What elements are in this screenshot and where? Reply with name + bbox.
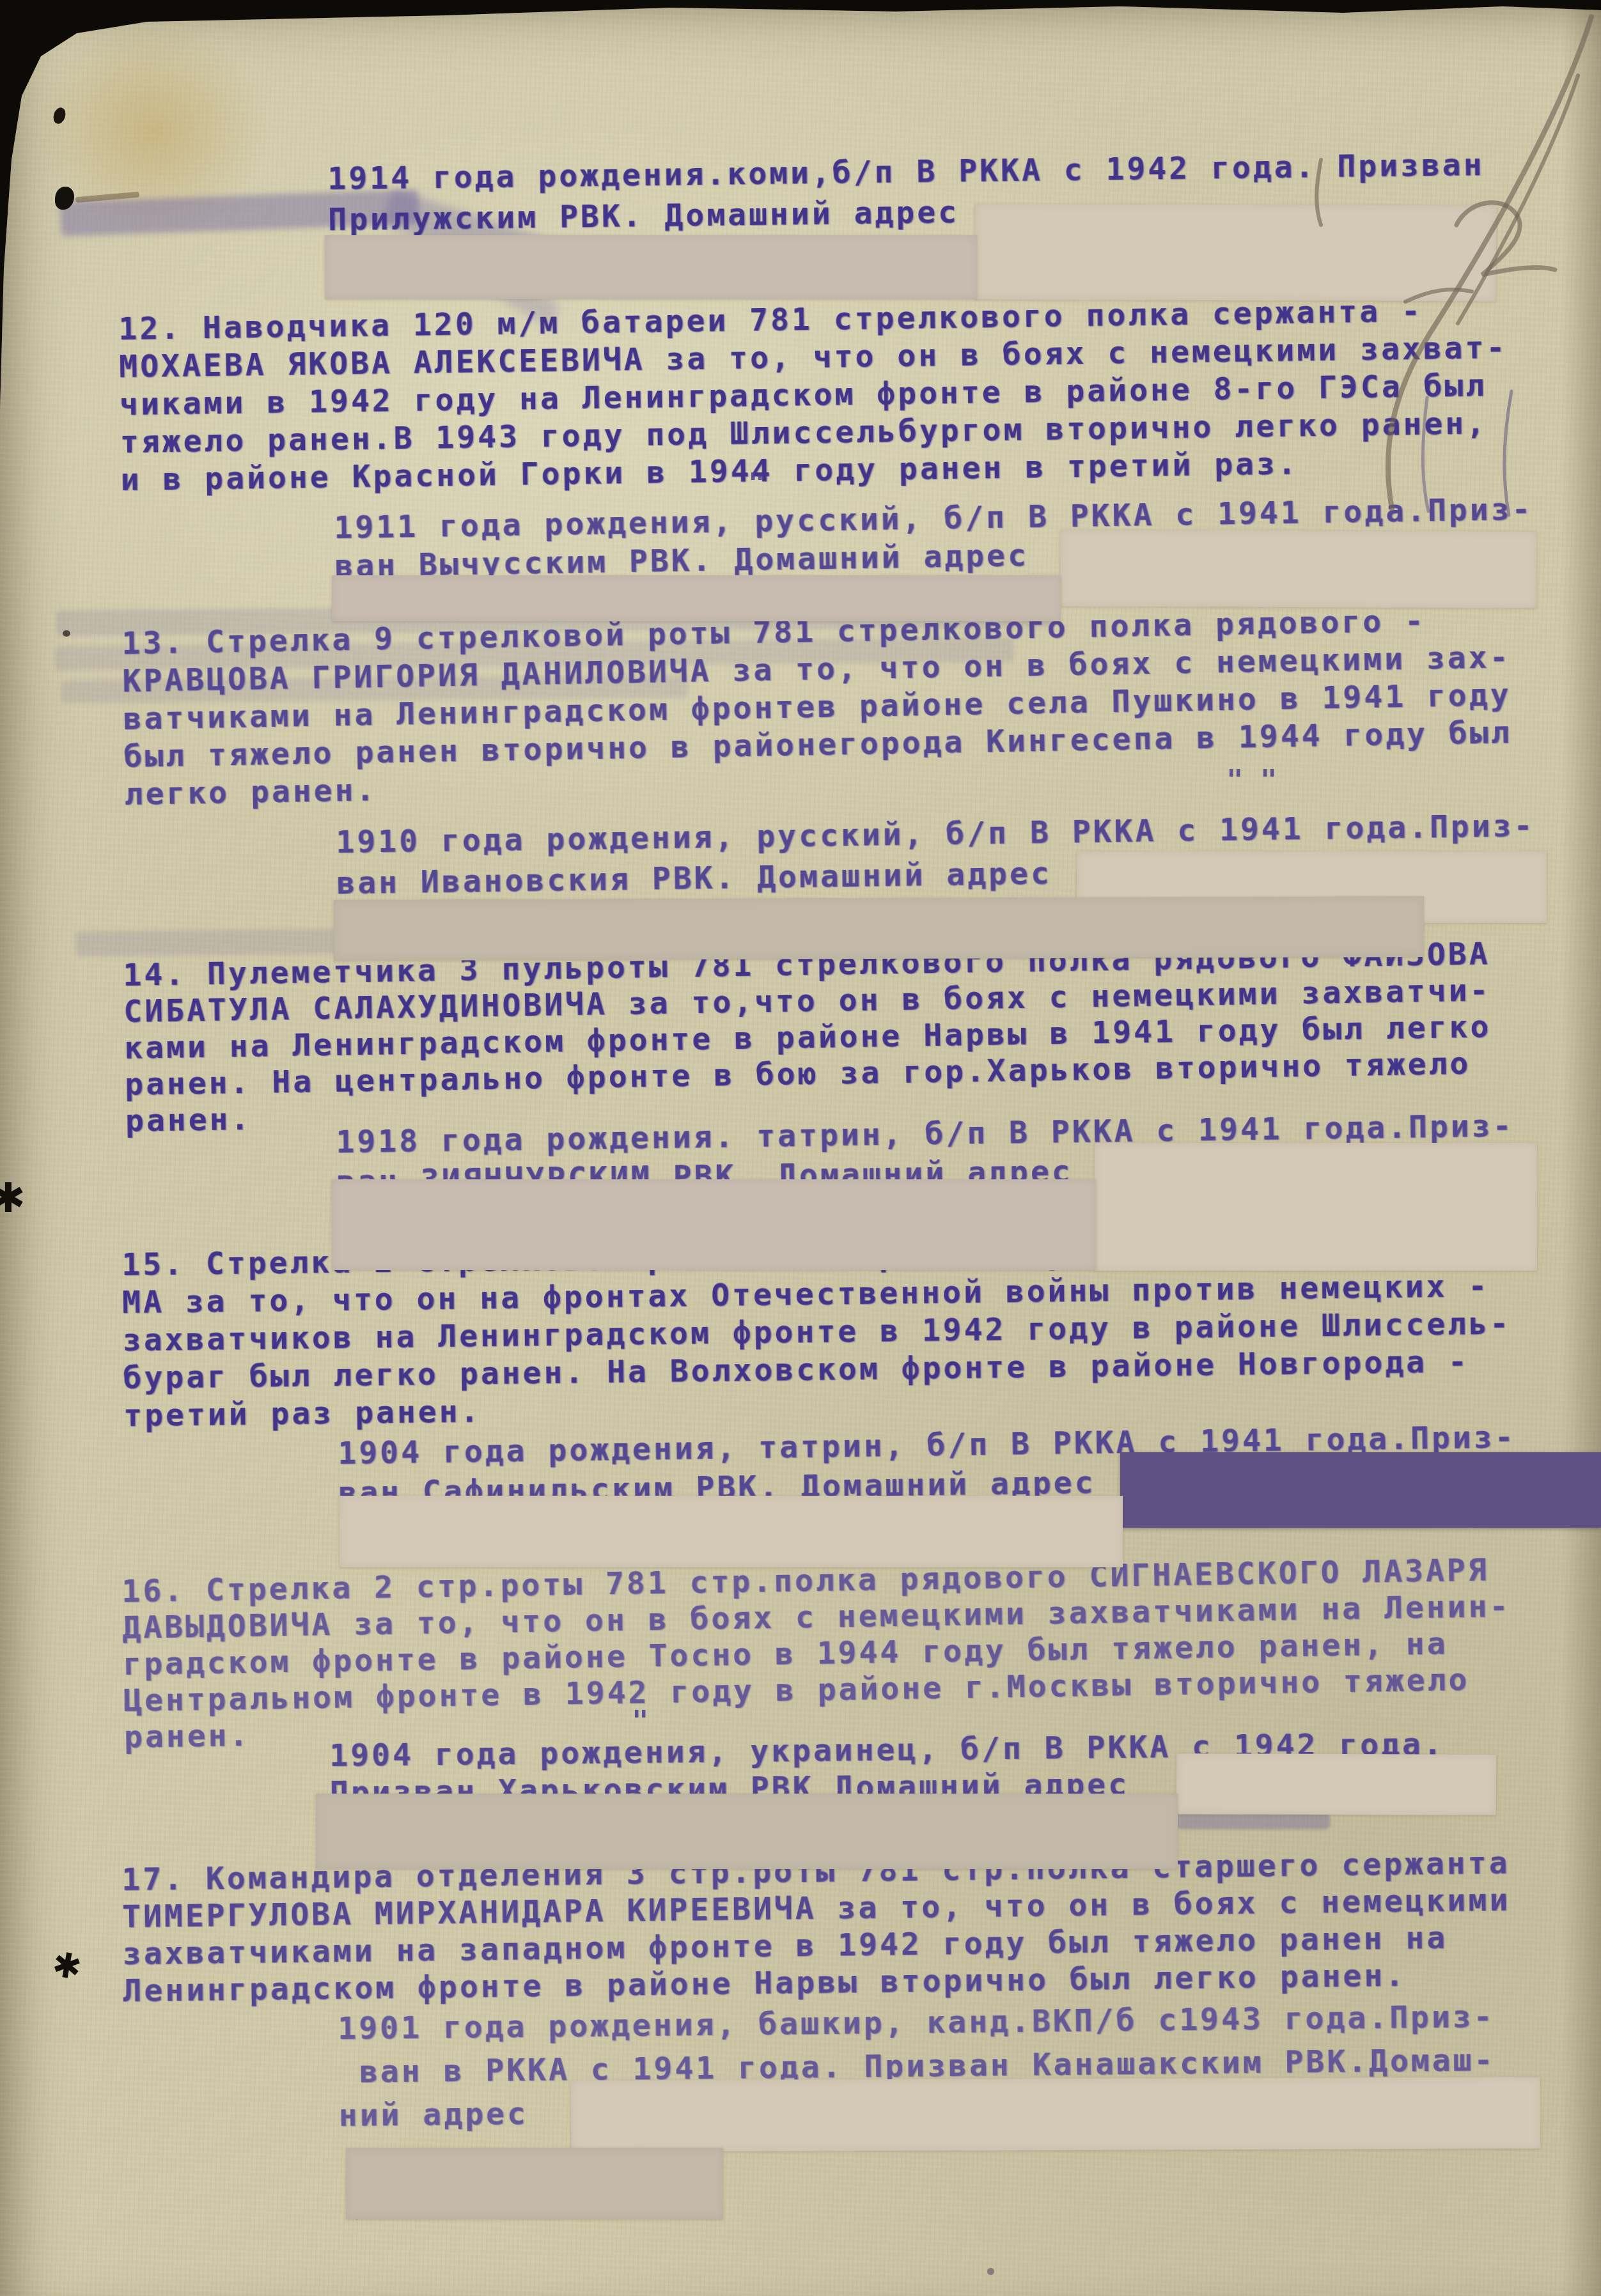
ink-blot-star: ✱ xyxy=(49,1944,85,1989)
redaction-block xyxy=(332,1179,1096,1270)
ink-blot xyxy=(55,187,74,210)
redaction-block xyxy=(571,2077,1540,2152)
redaction-block xyxy=(1060,530,1536,609)
ink-speck xyxy=(63,630,70,637)
paper-stain xyxy=(38,26,269,237)
scanned-document-scene: 1914 года рождения.коми,б/п В РККА с 194… xyxy=(0,0,1601,2296)
redaction-block xyxy=(332,575,1061,621)
ink-blot xyxy=(51,106,67,125)
redaction-block xyxy=(346,2148,723,2219)
typed-entry-12-body: 12. Наводчика 120 м/м батареи 781 стрелк… xyxy=(118,291,1509,499)
typed-entry-13-body: 13. Стрелка 9 стрелковой роты 781 стрелк… xyxy=(121,601,1513,814)
redaction-block xyxy=(1176,1753,1496,1815)
redaction-block xyxy=(340,1496,1123,1567)
redaction-block xyxy=(334,896,1424,961)
ink-speck xyxy=(987,2268,994,2275)
typed-entry-16-body: 16. Стрелка 2 стр.роты 781 стр.полка ряд… xyxy=(121,1552,1513,1756)
redaction-block-purple xyxy=(1120,1452,1601,1528)
bleed-through-line xyxy=(1176,1813,1330,1829)
redaction-block xyxy=(975,204,1497,302)
redaction-block xyxy=(316,1794,1178,1869)
ink-blot-star: ✱ xyxy=(0,1175,26,1222)
stray-quote-mark: " " xyxy=(1226,764,1277,797)
typed-entry-17-body: 17. Командира отделения 3 стр.роты 781 с… xyxy=(121,1844,1511,2010)
redaction-block xyxy=(1095,1143,1537,1271)
redaction-block xyxy=(325,235,977,299)
document-page: 1914 года рождения.коми,б/п В РККА с 194… xyxy=(0,0,1601,2296)
stray-quote-mark: " xyxy=(632,1705,649,1738)
stray-quote-mark: " xyxy=(748,468,765,500)
ink-streak xyxy=(75,192,139,203)
